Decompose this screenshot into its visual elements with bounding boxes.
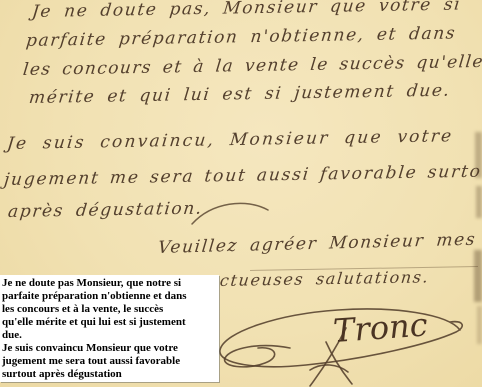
letter-page: Je ne doute pas, Monsieur que votre si p… <box>0 0 482 387</box>
handwritten-line-7: après dégustation. <box>7 199 204 222</box>
handwritten-line-5: Je suis convaincu, Monsieur que votre <box>6 126 454 154</box>
handwritten-line-6: jugement me sera tout aussi favorable su… <box>3 161 482 190</box>
transcription-line: parfaite préparation n'obtienne et dans <box>2 290 219 303</box>
transcription-line: les concours et à la vente, le succès <box>2 303 219 316</box>
signature: Tronc <box>198 286 475 387</box>
transcription-line: Je ne doute pas Monsieur, que notre si <box>2 277 219 290</box>
transcription-line: due. <box>2 329 219 342</box>
handwritten-line-2: parfaite préparation n'obtienne, et dans <box>25 24 457 51</box>
transcription-line: surtout après dégustation <box>2 368 219 381</box>
handwritten-line-1: Je ne doute pas, Monsieur que votre si <box>31 0 462 22</box>
flourish-stroke <box>188 196 272 228</box>
handwritten-line-4: mérite et qui lui est si justement due. <box>28 81 452 108</box>
signature-name: Tronc <box>332 305 429 350</box>
page-edge-smudge <box>474 250 482 302</box>
page-edge-smudge <box>476 186 482 218</box>
transcription-line: jugement me sera tout aussi favorable <box>2 355 219 368</box>
transcription-overlay: Je ne doute pas Monsieur, que notre si p… <box>0 275 219 382</box>
transcription-line: qu'elle mérite et qui lui est si justeme… <box>2 316 219 329</box>
handwritten-line-3: les concours et à la vente le succès qu'… <box>22 52 482 80</box>
transcription-line: Je suis convaincu Monsieur que votre <box>2 342 219 355</box>
page-edge-smudge <box>475 132 482 178</box>
page-edge-smudge <box>477 306 482 344</box>
handwritten-closing-line: Veuillez agréer Monsieur mes <box>157 230 477 258</box>
